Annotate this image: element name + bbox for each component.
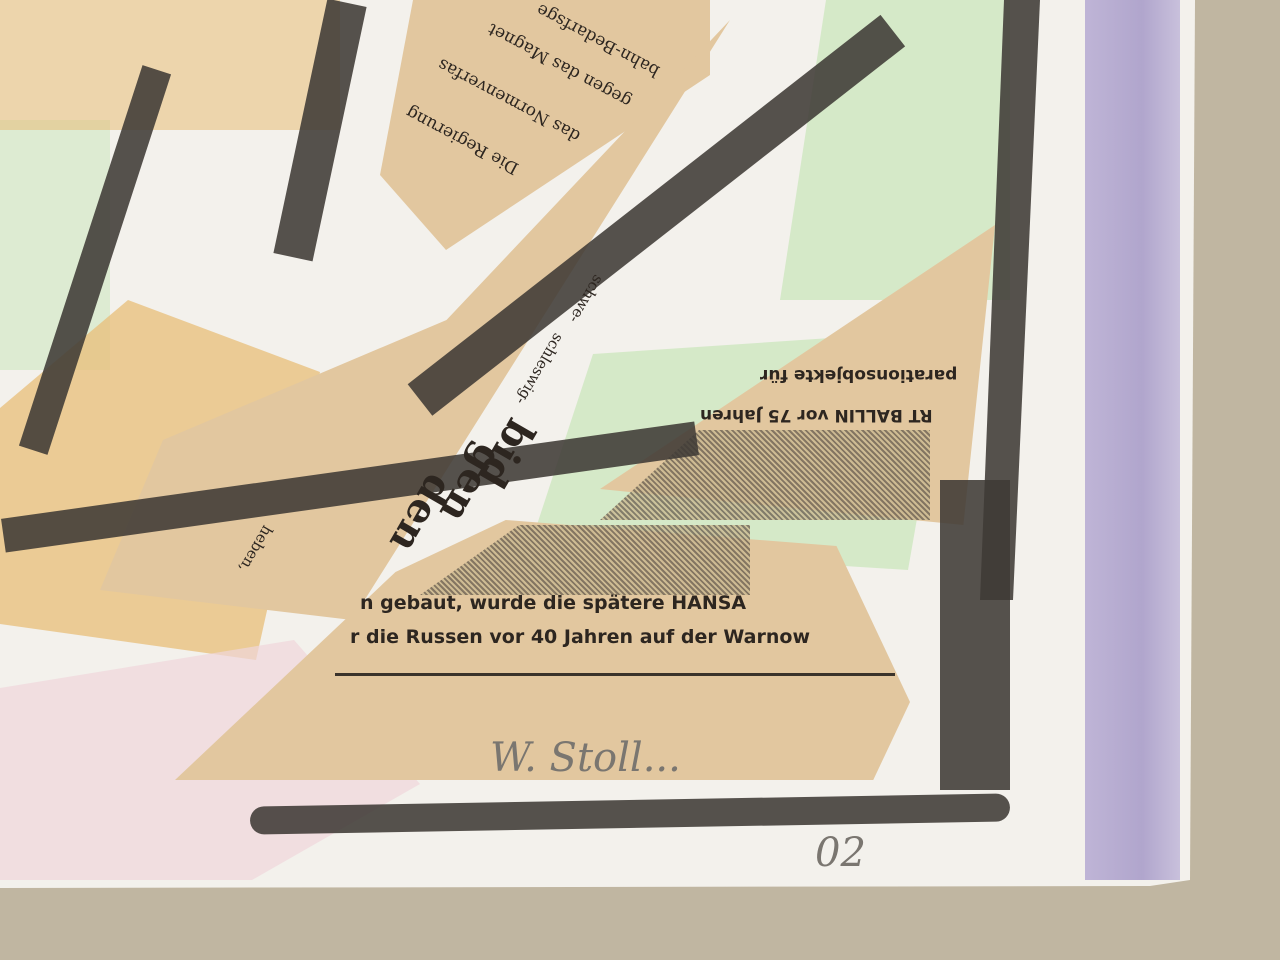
- charcoal-stroke-right-frame: [940, 480, 1010, 790]
- artist-signature: W. Stoll...: [490, 735, 681, 781]
- newspaper-caption-line-1: n gebaut, wurde die spätere HANSA: [360, 592, 746, 614]
- newspaper-rule: [335, 673, 895, 676]
- upside-down-headline: RT BALLIN vor 75 Jahren: [700, 405, 933, 425]
- year-mark: 02: [815, 830, 866, 876]
- upside-down-subline: parationsobjekte für: [760, 365, 957, 385]
- yellow-wash-top: [0, 0, 340, 130]
- newspaper-caption-line-2: r die Russen vor 40 Jahren auf der Warno…: [350, 626, 810, 648]
- lavender-wash-stripe: [1085, 0, 1180, 880]
